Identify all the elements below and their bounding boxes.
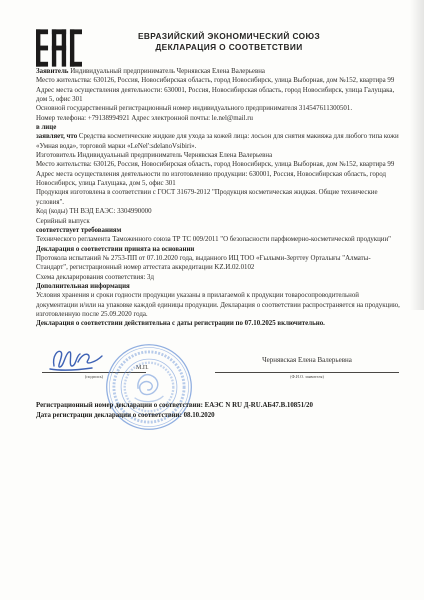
paragraph: Изготовитель Индивидуальный предпринимат… — [36, 151, 402, 160]
paragraph: Декларация о соответствии принята на осн… — [36, 245, 402, 254]
paragraph-text: Индивидуальный предприниматель Чернявска… — [68, 68, 265, 75]
paragraph: заявляет, что Средства косметические жид… — [36, 132, 402, 151]
paragraph: Условия хранения и сроки годности продук… — [36, 291, 402, 319]
paragraph-lead: Дополнительная информация — [36, 283, 130, 290]
paragraph-lead: Заявитель — [36, 68, 68, 75]
paragraph-text: Средства косметические жидкие для ухода … — [36, 133, 399, 149]
paragraph: Серийный выпуск — [36, 217, 402, 226]
paragraph: Адрес места осуществления деятельности: … — [36, 86, 402, 105]
paragraph-lead: соответствует требованиям — [36, 227, 121, 234]
title-union: ЕВРАЗИЙСКИЙ ЭКОНОМИЧЕСКИЙ СОЮЗ — [118, 31, 340, 42]
paragraph-text: Место жительства: 630126, Россия, Новоси… — [36, 161, 394, 168]
paragraph: Место жительства: 630126, Россия, Новоси… — [36, 160, 402, 169]
paragraph-text: Схема декларирования соответствия: 3д — [36, 274, 154, 281]
name-caption: (Ф.И.О. заявителя) — [215, 374, 399, 379]
registration-number-value: ЕАЭС N RU Д-RU.АБ47.В.10851/20 — [203, 402, 313, 409]
paragraph: Продукция изготовлена в соответствии с Г… — [36, 188, 402, 207]
paragraph: Адрес места осуществления деятельности п… — [36, 170, 402, 189]
paragraph-text: Место жительства: 630126, Россия, Новоси… — [36, 77, 394, 84]
paragraph-text: Технического регламента Таможенного союз… — [36, 236, 391, 243]
registration-footer: Регистрационный номер декларации о соотв… — [36, 401, 406, 421]
paragraph-text: Код (коды) ТН ВЭД ЕАЭС: 3304990000 — [36, 208, 152, 215]
paragraph-lead: Декларация о соответствии действительна … — [36, 320, 325, 327]
scan-edge-shadow — [410, 0, 424, 310]
paragraph-text: Номер телефона: +79138994921 Адрес элект… — [36, 115, 253, 122]
applicant-name: Чернявская Елена Валерьевна — [215, 356, 399, 364]
paragraph-lead: заявляет, что — [36, 133, 77, 140]
registration-date-line: Дата регистрации декларации о соответств… — [36, 411, 406, 421]
paragraph: Дополнительная информация — [36, 282, 402, 291]
paragraph-lead: в лице — [36, 124, 56, 131]
paragraph-text: Серийный выпуск — [36, 218, 90, 225]
registration-number-line: Регистрационный номер декларации о соотв… — [36, 401, 406, 411]
name-line — [215, 372, 399, 373]
registration-date-value: 08.10.2020 — [182, 412, 215, 419]
declaration-body: Заявитель Индивидуальный предприниматель… — [36, 67, 402, 329]
declaration-document: ЕВРАЗИЙСКИЙ ЭКОНОМИЧЕСКИЙ СОЮЗ ДЕКЛАРАЦИ… — [0, 0, 424, 600]
paragraph-text: Адрес места осуществления деятельности: … — [36, 87, 394, 103]
paragraph: Код (коды) ТН ВЭД ЕАЭС: 3304990000 — [36, 207, 402, 216]
paragraph-text: Продукция изготовлена в соответствии с Г… — [36, 189, 378, 205]
paragraph-text: Изготовитель Индивидуальный предпринимат… — [36, 152, 272, 159]
paragraph-lead: Декларация о соответствии принята на осн… — [36, 246, 194, 253]
registration-date-label: Дата регистрации декларации о соответств… — [36, 412, 182, 419]
paragraph: Технического регламента Таможенного союз… — [36, 235, 402, 244]
paragraph: Декларация о соответствии действительна … — [36, 319, 402, 328]
paragraph: Основной государственный регистрационный… — [36, 104, 402, 113]
paragraph-text: Протокола испытаний № 2753-ПП от 07.10.2… — [36, 255, 371, 271]
eac-logo-icon — [36, 29, 82, 67]
paragraph: соответствует требованиям — [36, 226, 402, 235]
registration-number-label: Регистрационный номер декларации о соотв… — [36, 402, 203, 409]
signature-block: (подпись) М.П. Чернявская Елена Валерьев… — [0, 344, 424, 404]
title-declaration: ДЕКЛАРАЦИЯ О СООТВЕТСТВИИ — [118, 42, 340, 53]
document-title: ЕВРАЗИЙСКИЙ ЭКОНОМИЧЕСКИЙ СОЮЗ ДЕКЛАРАЦИ… — [118, 31, 340, 53]
paragraph: Схема декларирования соответствия: 3д — [36, 273, 402, 282]
paragraph: Протокола испытаний № 2753-ПП от 07.10.2… — [36, 254, 402, 273]
paragraph: Место жительства: 630126, Россия, Новоси… — [36, 76, 402, 85]
paragraph: Заявитель Индивидуальный предприниматель… — [36, 67, 402, 76]
signature-icon — [48, 346, 110, 372]
paragraph-text: Условия хранения и сроки годности продук… — [36, 292, 400, 318]
paragraph-text: Адрес места осуществления деятельности п… — [36, 171, 386, 187]
paragraph: в лице — [36, 123, 402, 132]
paragraph: Номер телефона: +79138994921 Адрес элект… — [36, 114, 402, 123]
paragraph-text: Основной государственный регистрационный… — [36, 105, 352, 112]
